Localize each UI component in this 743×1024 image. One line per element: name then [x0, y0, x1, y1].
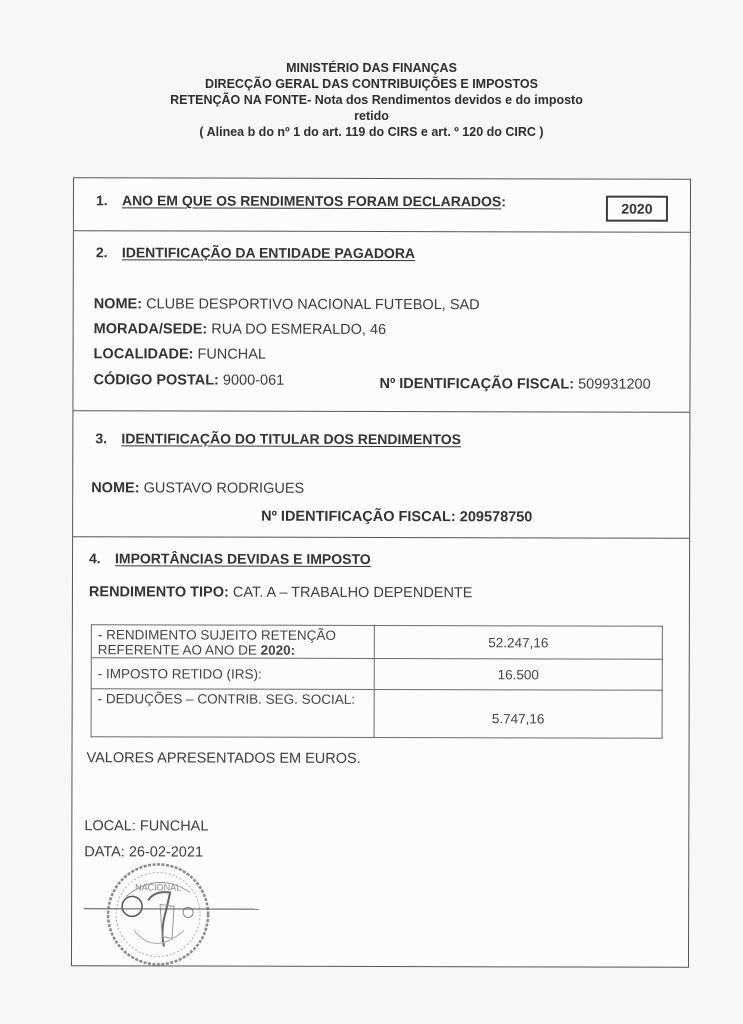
- table-row: - DEDUÇÕES – CONTRIB. SEG. SOCIAL: 5.747…: [91, 689, 662, 738]
- payer-name: NOME: CLUBE DESPORTIVO NACIONAL FUTEBOL,…: [94, 296, 480, 313]
- holder-name: NOME: GUSTAVO RODRIGUES: [91, 480, 304, 497]
- signing-location: LOCAL: FUNCHAL: [84, 818, 208, 834]
- club-stamp-icon: NACIONAL: [104, 860, 212, 968]
- payer-postal-code: CÓDIGO POSTAL: 9000-061: [93, 372, 284, 388]
- payer-tax-id: Nº IDENTIFICAÇÃO FISCAL: 509931200: [379, 376, 650, 393]
- legal-reference: ( Alinea b do nº 1 do art. 119 do CIRS e…: [0, 124, 743, 140]
- signing-date: DATA: 26-02-2021: [84, 844, 203, 860]
- amounts-table: - RENDIMENTO SUJEITO RETENÇÃO REFERENTE …: [91, 624, 663, 738]
- section-divider: [73, 410, 689, 413]
- amount-value: 5.747,16: [374, 689, 662, 738]
- section-4-title: 4.IMPORTÂNCIAS DEVIDAS E IMPOSTO: [89, 550, 371, 567]
- holder-tax-id: Nº IDENTIFICAÇÃO FISCAL: 209578750: [261, 509, 532, 526]
- amount-value: 52.247,16: [374, 625, 662, 659]
- form-frame: 1.ANO EM QUE OS RENDIMENTOS FORAM DECLAR…: [71, 177, 691, 968]
- section-divider: [74, 230, 690, 233]
- currency-note: VALORES APRESENTADOS EM EUROS.: [86, 750, 360, 767]
- directorate-title: DIRECÇÃO GERAL DAS CONTRIBUIÇÕES E IMPOS…: [0, 76, 743, 92]
- amount-value: 16.500: [374, 658, 662, 690]
- payer-locality: LOCALIDADE: FUNCHAL: [94, 346, 266, 362]
- svg-text:NACIONAL: NACIONAL: [135, 882, 181, 892]
- table-row: - RENDIMENTO SUJEITO RETENÇÃO REFERENTE …: [91, 625, 662, 659]
- table-row: - IMPOSTO RETIDO (IRS): 16.500: [91, 658, 662, 690]
- section-1-title: 1.ANO EM QUE OS RENDIMENTOS FORAM DECLAR…: [96, 192, 506, 209]
- document-header: MINISTÉRIO DAS FINANÇAS DIRECÇÃO GERAL D…: [0, 60, 743, 140]
- declared-year-box: 2020: [606, 196, 668, 222]
- section-3-title: 3.IDENTIFICAÇÃO DO TITULAR DOS RENDIMENT…: [95, 430, 461, 447]
- ministry-title: MINISTÉRIO DAS FINANÇAS: [0, 60, 743, 76]
- document-title: RETENÇÃO NA FONTE- Nota dos Rendimentos …: [0, 92, 743, 108]
- income-type: RENDIMENTO TIPO: CAT. A – TRABALHO DEPEN…: [89, 584, 473, 601]
- document-title-cont: retido: [0, 108, 743, 124]
- payer-address: MORADA/SEDE: RUA DO ESMERALDO, 46: [94, 321, 387, 338]
- section-divider: [73, 536, 689, 539]
- amount-label: - DEDUÇÕES – CONTRIB. SEG. SOCIAL:: [91, 689, 374, 738]
- section-2-title: 2.IDENTIFICAÇÃO DA ENTIDADE PAGADORA: [96, 244, 415, 261]
- amount-label: - IMPOSTO RETIDO (IRS):: [91, 658, 374, 690]
- amount-label: - RENDIMENTO SUJEITO RETENÇÃO REFERENTE …: [91, 625, 374, 659]
